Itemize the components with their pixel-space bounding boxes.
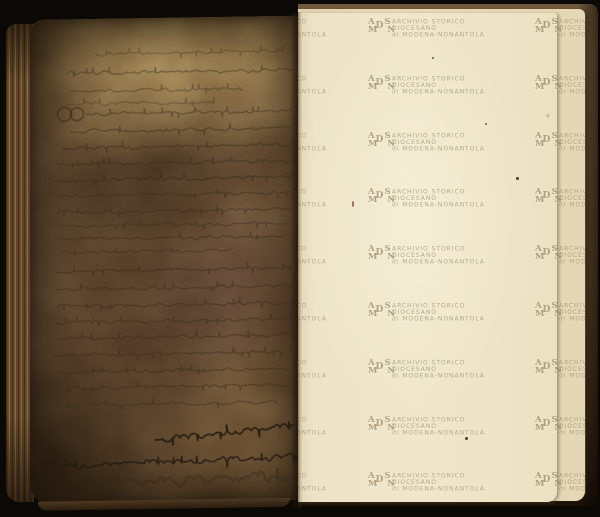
watermark-text: ARCHIVIO STORICODIOCESANOdi MODENA-NONAN… xyxy=(559,75,585,95)
watermark-text-line-3: di MODENA-NONANTOLA xyxy=(298,89,327,95)
watermark-text: ARCHIVIO STORICODIOCESANOdi MODENA-NONAN… xyxy=(559,472,585,492)
watermark-monogram-letters: D xyxy=(543,249,551,257)
watermark-monogram: A SM ND xyxy=(535,359,556,384)
watermark-text: ARCHIVIO STORICODIOCESANOdi MODENA-NONAN… xyxy=(392,75,485,95)
watermark-monogram: A SM ND xyxy=(535,132,556,157)
manuscript-text-line xyxy=(58,329,293,343)
watermark-monogram: A SM ND xyxy=(368,472,389,497)
watermark-text: ARCHIVIO STORICODIOCESANOdi MODENA-NONAN… xyxy=(298,416,327,436)
watermark-text-line-3: di MODENA-NONANTOLA xyxy=(298,316,327,322)
watermark-monogram-letters: D xyxy=(376,249,384,257)
archive-watermark-stamp: A SM NDARCHIVIO STORICODIOCESANOdi MODEN… xyxy=(368,18,508,43)
manuscript-text-line xyxy=(86,105,292,120)
watermark-monogram-letters: D xyxy=(543,79,551,87)
watermark-text-line-3: di MODENA-NONANTOLA xyxy=(298,430,327,436)
faint-plus-mark: + xyxy=(545,112,551,120)
archive-watermark-stamp: A SM NDARCHIVIO STORICODIOCESANOdi MODEN… xyxy=(535,359,585,384)
archive-watermark-stamp: A SM NDARCHIVIO STORICODIOCESANOdi MODEN… xyxy=(368,75,508,100)
archive-watermark-stamp: A SM NDARCHIVIO STORICODIOCESANOdi MODEN… xyxy=(298,245,350,270)
watermark-text: ARCHIVIO STORICODIOCESANOdi MODENA-NONAN… xyxy=(298,188,327,208)
watermark-monogram: A SM ND xyxy=(368,18,389,43)
archive-watermark-stamp: A SM NDARCHIVIO STORICODIOCESANOdi MODEN… xyxy=(535,245,585,270)
ink-layer xyxy=(46,45,297,491)
watermark-text: ARCHIVIO STORICODIOCESANOdi MODENA-NONAN… xyxy=(298,132,327,152)
watermark-monogram: A SM ND xyxy=(368,245,389,270)
manuscript-text-line xyxy=(56,171,293,187)
manuscript-text-line xyxy=(55,262,292,277)
watermark-text-line-3: di MODENA-NONANTOLA xyxy=(559,430,585,436)
watermark-monogram: A SM ND xyxy=(535,18,556,43)
annotation-flourished-pen-trial xyxy=(80,468,286,490)
archive-watermark-stamp: A SM NDARCHIVIO STORICODIOCESANOdi MODEN… xyxy=(298,75,350,100)
archive-watermark-stamp: A SM NDARCHIVIO STORICODIOCESANOdi MODEN… xyxy=(535,302,585,327)
watermark-text: ARCHIVIO STORICODIOCESANOdi MODENA-NONAN… xyxy=(559,188,585,208)
left-parchment-page-group xyxy=(4,14,302,511)
watermark-monogram-letters: D xyxy=(376,192,384,200)
manuscript-text-line xyxy=(55,346,291,361)
manuscript-text-line xyxy=(62,139,293,154)
paper-speck xyxy=(352,201,354,207)
watermark-text: ARCHIVIO STORICODIOCESANOdi MODENA-NONAN… xyxy=(559,132,585,152)
manuscript-text-line xyxy=(58,204,290,218)
watermark-text: ARCHIVIO STORICODIOCESANOdi MODENA-NONAN… xyxy=(392,18,485,38)
archive-watermark-stamp: A SM NDARCHIVIO STORICODIOCESANOdi MODEN… xyxy=(535,188,585,213)
manuscript-text-line xyxy=(62,246,232,257)
watermark-monogram: A SM ND xyxy=(535,245,556,270)
archive-watermark-stamp: A SM NDARCHIVIO STORICODIOCESANOdi MODEN… xyxy=(368,132,508,157)
watermark-text: ARCHIVIO STORICODIOCESANOdi MODENA-NONAN… xyxy=(392,472,485,492)
watermark-monogram-letters: D xyxy=(543,192,551,200)
manuscript-text-line xyxy=(96,45,283,60)
watermark-text-line-3: di MODENA-NONANTOLA xyxy=(298,202,327,208)
watermark-monogram-letters: D xyxy=(376,306,384,314)
archive-watermark-stamp: A SM NDARCHIVIO STORICODIOCESANOdi MODEN… xyxy=(535,472,585,497)
archive-watermark-stamp: A SM NDARCHIVIO STORICODIOCESANOdi MODEN… xyxy=(368,472,508,497)
manuscript-text-line xyxy=(68,64,291,77)
watermark-monogram: A SM ND xyxy=(368,359,389,384)
archive-watermark-stamp: A SM NDARCHIVIO STORICODIOCESANOdi MODEN… xyxy=(368,359,508,384)
watermark-text: ARCHIVIO STORICODIOCESANOdi MODENA-NONAN… xyxy=(298,302,327,322)
manuscript-text-line xyxy=(71,83,242,96)
watermark-text: ARCHIVIO STORICODIOCESANOdi MODENA-NONAN… xyxy=(392,132,485,152)
watermark-text: ARCHIVIO STORICODIOCESANOdi MODENA-NONAN… xyxy=(392,416,485,436)
watermark-monogram: A SM ND xyxy=(535,188,556,213)
margin-mark xyxy=(46,174,50,180)
watermark-text: ARCHIVIO STORICODIOCESANOdi MODENA-NONAN… xyxy=(559,302,585,322)
watermark-text: ARCHIVIO STORICODIOCESANOdi MODENA-NONAN… xyxy=(559,359,585,379)
archive-watermark-stamp: A SM NDARCHIVIO STORICODIOCESANOdi MODEN… xyxy=(535,18,585,43)
manuscript-text-line xyxy=(58,154,295,169)
watermark-text-line-3: di MODENA-NONANTOLA xyxy=(392,486,485,492)
watermark-monogram: A SM ND xyxy=(535,302,556,327)
manuscript-text-line xyxy=(67,96,214,109)
watermark-monogram: A SM ND xyxy=(535,416,556,441)
watermark-text-line-3: di MODENA-NONANTOLA xyxy=(559,259,585,265)
paper-speck xyxy=(485,123,487,125)
watermark-text: ARCHIVIO STORICODIOCESANOdi MODENA-NONAN… xyxy=(392,302,485,322)
watermark-text: ARCHIVIO STORICODIOCESANOdi MODENA-NONAN… xyxy=(298,472,327,492)
watermark-monogram-letters: D xyxy=(376,22,384,30)
manuscript-text-line xyxy=(58,230,284,244)
watermark-text: ARCHIVIO STORICODIOCESANOdi MODENA-NONAN… xyxy=(298,75,327,95)
watermark-text-line-3: di MODENA-NONANTOLA xyxy=(392,316,485,322)
watermark-monogram: A SM ND xyxy=(368,302,389,327)
watermark-text-line-3: di MODENA-NONANTOLA xyxy=(559,146,585,152)
watermark-text: ARCHIVIO STORICODIOCESANOdi MODENA-NONAN… xyxy=(298,359,327,379)
watermark-text-line-3: di MODENA-NONANTOLA xyxy=(298,259,327,265)
watermark-text-line-3: di MODENA-NONANTOLA xyxy=(392,373,485,379)
watermark-text-line-3: di MODENA-NONANTOLA xyxy=(298,486,327,492)
watermark-text-line-3: di MODENA-NONANTOLA xyxy=(392,32,485,38)
watermark-text: ARCHIVIO STORICODIOCESANOdi MODENA-NONAN… xyxy=(392,359,485,379)
manuscript-text-line xyxy=(55,280,294,295)
manuscript-text-line xyxy=(70,122,291,137)
archive-watermark-stamp: A SM NDARCHIVIO STORICODIOCESANOdi MODEN… xyxy=(298,188,350,213)
watermark-monogram-letters: D xyxy=(376,420,384,428)
watermark-text: ARCHIVIO STORICODIOCESANOdi MODENA-NONAN… xyxy=(392,188,485,208)
manuscript-text-line xyxy=(56,379,290,394)
watermark-monogram-letters: D xyxy=(376,79,384,87)
watermark-text: ARCHIVIO STORICODIOCESANOdi MODENA-NONAN… xyxy=(298,18,327,38)
right-flyleaf-group: A SM NDARCHIVIO STORICODIOCESANOdi MODEN… xyxy=(298,4,598,506)
paper-speck xyxy=(432,57,434,59)
archive-watermark-stamp: A SM NDARCHIVIO STORICODIOCESANOdi MODEN… xyxy=(535,75,585,100)
watermark-monogram-letters: D xyxy=(543,136,551,144)
watermark-monogram-letters: D xyxy=(543,306,551,314)
watermark-text: ARCHIVIO STORICODIOCESANOdi MODENA-NONAN… xyxy=(559,18,585,38)
watermark-text-line-3: di MODENA-NONANTOLA xyxy=(559,316,585,322)
manuscript-text-line xyxy=(60,218,288,231)
archive-watermark-stamp: A SM NDARCHIVIO STORICODIOCESANOdi MODEN… xyxy=(368,416,508,441)
archive-watermark-stamp: A SM NDARCHIVIO STORICODIOCESANOdi MODEN… xyxy=(298,472,350,497)
watermark-monogram-letters: D xyxy=(543,363,551,371)
watermark-layer: A SM NDARCHIVIO STORICODIOCESANOdi MODEN… xyxy=(298,4,585,506)
watermark-text-line-3: di MODENA-NONANTOLA xyxy=(392,202,485,208)
watermark-monogram: A SM ND xyxy=(368,132,389,157)
watermark-monogram-letters: D xyxy=(543,22,551,30)
manuscript-text-line xyxy=(58,297,293,312)
archive-watermark-stamp: A SM NDARCHIVIO STORICODIOCESANOdi MODEN… xyxy=(298,416,350,441)
manuscript-text-line xyxy=(58,396,276,411)
manuscript-text-line xyxy=(58,363,292,377)
watermark-text-line-3: di MODENA-NONANTOLA xyxy=(392,430,485,436)
manuscript-text-line xyxy=(58,187,293,202)
watermark-text-line-3: di MODENA-NONANTOLA xyxy=(392,89,485,95)
watermark-monogram: A SM ND xyxy=(535,472,556,497)
annotation-upper-pen-trial xyxy=(155,418,294,448)
archive-watermark-stamp: A SM NDARCHIVIO STORICODIOCESANOdi MODEN… xyxy=(535,416,585,441)
watermark-text-line-3: di MODENA-NONANTOLA xyxy=(298,146,327,152)
watermark-text-line-3: di MODENA-NONANTOLA xyxy=(298,373,327,379)
watermark-text-line-3: di MODENA-NONANTOLA xyxy=(559,202,585,208)
watermark-monogram-letters: D xyxy=(543,476,551,484)
archive-watermark-stamp: A SM NDARCHIVIO STORICODIOCESANOdi MODEN… xyxy=(298,18,350,43)
watermark-monogram: A SM ND xyxy=(535,75,556,100)
archive-watermark-stamp: A SM NDARCHIVIO STORICODIOCESANOdi MODEN… xyxy=(368,188,508,213)
watermark-text-line-3: di MODENA-NONANTOLA xyxy=(559,486,585,492)
archive-watermark-stamp: A SM NDARCHIVIO STORICODIOCESANOdi MODEN… xyxy=(298,359,350,384)
manuscript-text-line xyxy=(56,313,291,327)
watermark-text: ARCHIVIO STORICODIOCESANOdi MODENA-NONAN… xyxy=(392,245,485,265)
archive-watermark-stamp: A SM NDARCHIVIO STORICODIOCESANOdi MODEN… xyxy=(368,302,508,327)
watermark-text: ARCHIVIO STORICODIOCESANOdi MODENA-NONAN… xyxy=(559,416,585,436)
manuscript-text xyxy=(30,16,302,504)
archive-watermark-stamp: A SM NDARCHIVIO STORICODIOCESANOdi MODEN… xyxy=(298,132,350,157)
watermark-monogram: A SM ND xyxy=(368,416,389,441)
parchment-page xyxy=(30,16,302,504)
watermark-text-line-3: di MODENA-NONANTOLA xyxy=(559,32,585,38)
watermark-monogram: A SM ND xyxy=(368,75,389,100)
watermark-monogram-letters: D xyxy=(376,476,384,484)
watermark-monogram-letters: D xyxy=(376,136,384,144)
watermark-text-line-3: di MODENA-NONANTOLA xyxy=(392,146,485,152)
archive-watermark-stamp: A SM NDARCHIVIO STORICODIOCESANOdi MODEN… xyxy=(298,302,350,327)
watermark-text-line-3: di MODENA-NONANTOLA xyxy=(559,89,585,95)
watermark-text-line-3: di MODENA-NONANTOLA xyxy=(392,259,485,265)
archive-watermark-stamp: A SM NDARCHIVIO STORICODIOCESANOdi MODEN… xyxy=(368,245,508,270)
watermark-monogram: A SM ND xyxy=(368,188,389,213)
codex-photograph: A SM NDARCHIVIO STORICODIOCESANOdi MODEN… xyxy=(0,0,600,517)
archive-watermark-stamp: A SM NDARCHIVIO STORICODIOCESANOdi MODEN… xyxy=(535,132,585,157)
watermark-monogram-letters: D xyxy=(543,420,551,428)
paragraph-initial xyxy=(58,107,72,121)
watermark-text-line-3: di MODENA-NONANTOLA xyxy=(298,32,327,38)
watermark-text-line-3: di MODENA-NONANTOLA xyxy=(559,373,585,379)
watermark-text: ARCHIVIO STORICODIOCESANOdi MODENA-NONAN… xyxy=(559,245,585,265)
annotation-lower-pen-trial xyxy=(63,451,297,475)
paper-speck xyxy=(465,437,468,440)
watermark-text: ARCHIVIO STORICODIOCESANOdi MODENA-NONAN… xyxy=(298,245,327,265)
watermark-monogram-letters: D xyxy=(376,363,384,371)
paper-speck xyxy=(516,177,519,180)
